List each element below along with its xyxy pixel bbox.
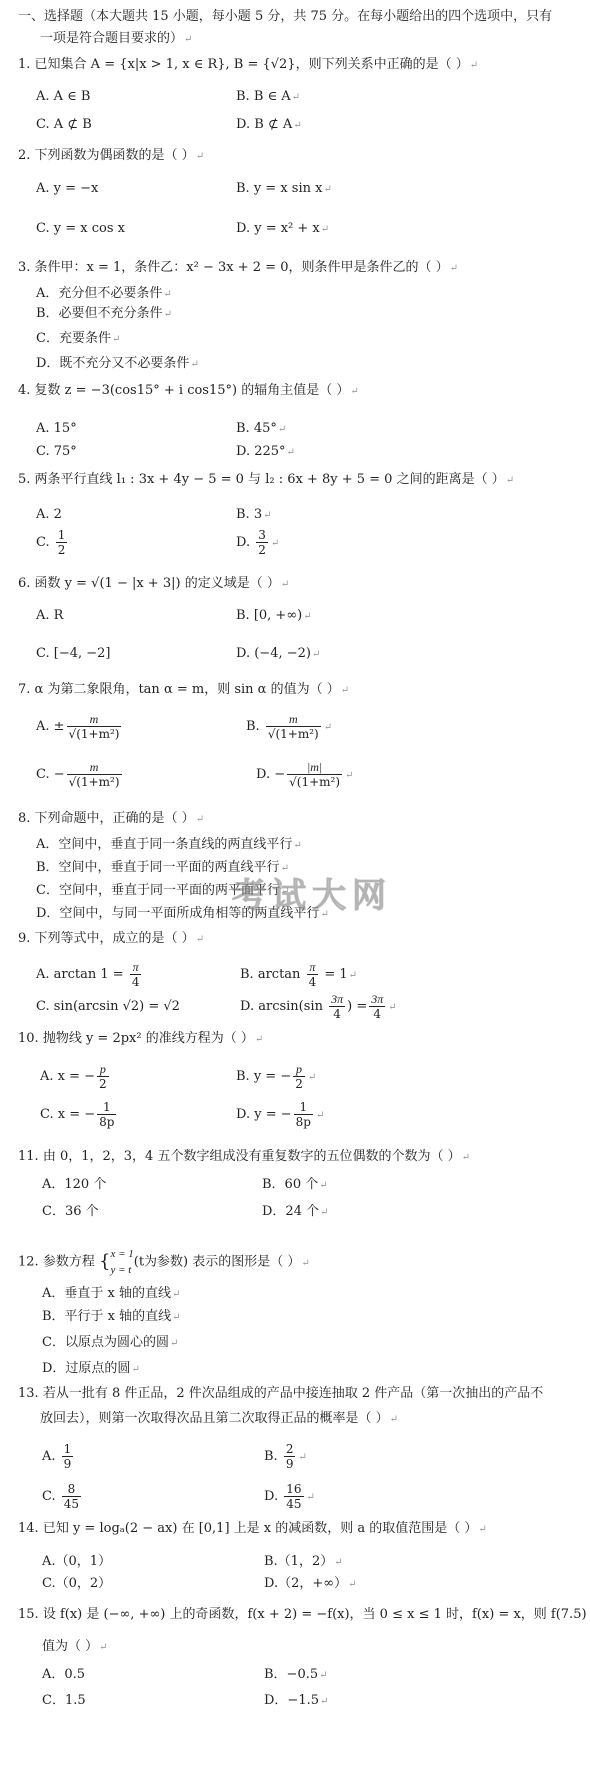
q1-option-a: A. A ∈ B: [36, 88, 90, 106]
question-12: 12. 参数方程 {x = 1y = t(t为参数) 表示的图形是（ ）↵: [18, 1246, 310, 1278]
q6-option-b: B. [0, +∞)↵: [236, 607, 312, 626]
q7-option-d: D. −|m|√(1+m²)↵: [256, 760, 353, 789]
q9-option-d: D. arcsin(sin 3π4) =3π4↵: [240, 992, 397, 1021]
question-9: 9. 下列等式中，成立的是（ ）↵: [18, 930, 204, 949]
question-13-cont: 放回去），则第一次取得次品且第二次取得正品的概率是（ ）↵: [40, 1410, 398, 1429]
q1-option-d: D. B ⊄ A↵: [236, 116, 302, 135]
question-4: 4. 复数 z = −3(cos15° + i cos15°) 的辐角主值是（ …: [18, 382, 359, 401]
q10-option-c: C. x = −18p: [40, 1100, 118, 1129]
section-title: 一、选择题（本大题共 15 小题，每小题 5 分，共 75 分。在每小题给出的四…: [18, 8, 552, 26]
question-1: 1. 已知集合 A = {x|x > 1, x ∈ R}, B = {√2}，则…: [18, 56, 478, 75]
q11-option-d: D．24 个↵: [262, 1203, 329, 1222]
question-15: 15. 设 f(x) 是 (−∞, +∞) 上的奇函数，f(x + 2) = −…: [18, 1606, 590, 1624]
q9-option-b: B. arctan π4 = 1↵: [240, 960, 357, 989]
question-13: 13. 若从一批有 8 件正品，2 件次品组成的产品中接连抽取 2 件产品（第一…: [18, 1385, 543, 1403]
fraction: π4: [130, 960, 142, 989]
fraction: p2: [293, 1062, 305, 1091]
equation-system: x = 1y = t: [110, 1246, 133, 1278]
question-6: 6. 函数 y = √(1 − |x + 3|) 的定义域是（ ）↵: [18, 575, 289, 594]
q13-option-a: A. 19: [42, 1442, 75, 1471]
question-5: 5. 两条平行直线 l₁ : 3x + 4y − 5 = 0 与 l₂ : 6x…: [18, 471, 514, 490]
fraction: |m|√(1+m²): [287, 760, 342, 789]
q3-option-b: B．必要但不充分条件↵: [36, 305, 172, 324]
q7-option-b: B. m√(1+m²)↵: [246, 712, 332, 741]
section-title-cont: 一项是符合题目要求的）↵: [40, 30, 192, 49]
q4-option-d: D. 225°↵: [236, 443, 295, 462]
fraction: m√(1+m²): [266, 712, 321, 741]
q14-option-c: C.（0，2）: [42, 1575, 111, 1593]
q11-option-c: C．36 个: [42, 1203, 99, 1221]
q14-option-d: D.（2，+∞）↵: [264, 1575, 356, 1594]
q5-option-b: B. 3↵: [236, 506, 271, 525]
fraction: 32: [256, 528, 268, 557]
q11-option-a: A．120 个: [42, 1176, 106, 1194]
question-14: 14. 已知 y = logₐ(2 − ax) 在 [0,1] 上是 x 的减函…: [18, 1520, 487, 1539]
q15-option-d: D．−1.5↵: [264, 1692, 328, 1711]
q10-option-a: A. x = −p2: [40, 1062, 111, 1091]
q6-option-a: A. R: [36, 607, 63, 625]
q11-option-b: B．60 个↵: [262, 1176, 328, 1195]
question-10: 10. 抛物线 y = 2px² 的准线方程为（ ）↵: [18, 1030, 263, 1049]
brace-icon: {: [99, 1253, 110, 1271]
q4-option-b: B. 45°↵: [236, 420, 286, 439]
question-2: 2. 下列函数为偶函数的是（ ）↵: [18, 147, 204, 166]
q3-option-d: D．既不充分又不必要条件↵: [36, 355, 199, 374]
q3-option-c: C．充要条件↵: [36, 330, 120, 349]
q2-option-a: A. y = −x: [36, 180, 98, 198]
q5-option-c: C. 12: [36, 528, 69, 557]
q7-option-a: A. ±m√(1+m²): [36, 712, 123, 741]
q1-option-b: B. B ∈ A↵: [236, 88, 300, 107]
q13-option-b: B. 29↵: [264, 1442, 307, 1471]
q15-option-a: A．0.5: [42, 1666, 85, 1684]
fraction: 12: [56, 528, 68, 557]
q2-option-b: B. y = x sin x↵: [236, 180, 332, 199]
fraction: 18p: [97, 1100, 116, 1129]
q15-option-c: C．1.5: [42, 1692, 86, 1710]
q13-option-c: C. 845: [42, 1482, 83, 1511]
q2-option-c: C. y = x cos x: [36, 220, 125, 238]
fraction: m√(1+m²): [67, 760, 122, 789]
fraction: 18p: [294, 1100, 313, 1129]
q12-option-c: C．以原点为圆心的圆↵: [42, 1334, 178, 1353]
q14-option-b: B.（1，2）↵: [264, 1553, 343, 1572]
q4-option-c: C. 75°: [36, 443, 77, 461]
q12-option-a: A．垂直于 x 轴的直线↵: [42, 1285, 180, 1304]
watermark: 考试大网: [232, 868, 392, 917]
q2-option-d: D. y = x² + x↵: [236, 220, 329, 239]
fraction: 19: [62, 1442, 74, 1471]
q4-option-a: A. 15°: [36, 420, 77, 438]
q9-option-a: A. arctan 1 = π4: [36, 960, 143, 989]
fraction: m√(1+m²): [67, 712, 122, 741]
fraction: π4: [307, 960, 319, 989]
q10-option-d: D. y = −18p↵: [236, 1100, 324, 1129]
q8-option-a: A．空间中，垂直于同一条直线的两直线平行↵: [36, 836, 302, 855]
fraction: 29: [284, 1442, 296, 1471]
q3-option-a: A．充分但不必要条件↵: [36, 285, 172, 304]
question-7: 7. α 为第二象限角，tan α = m，则 sin α 的值为（ ）↵: [18, 681, 349, 700]
q7-option-c: C. −m√(1+m²): [36, 760, 124, 789]
q9-option-c: C. sin(arcsin √2) = √2: [36, 998, 180, 1016]
question-8: 8. 下列命题中，正确的是（ ）↵: [18, 810, 204, 829]
q6-option-c: C. [−4, −2]: [36, 645, 110, 663]
q12-option-b: B．平行于 x 轴的直线↵: [42, 1308, 181, 1327]
fraction: p2: [97, 1062, 109, 1091]
q5-option-d: D. 32↵: [236, 528, 279, 557]
q6-option-d: D. (−4, −2)↵: [236, 645, 320, 664]
q14-option-a: A.（0，1）: [42, 1553, 111, 1571]
question-3: 3. 条件甲：x = 1，条件乙：x² − 3x + 2 = 0，则条件甲是条件…: [18, 259, 458, 278]
q12-option-d: D．过原点的圆↵: [42, 1360, 140, 1379]
question-11: 11. 由 0，1，2，3，4 五个数字组成没有重复数字的五位偶数的个数为（ ）…: [18, 1148, 470, 1167]
question-15-cont: 值为（ ）↵: [42, 1638, 108, 1657]
fraction: 1645: [284, 1482, 303, 1511]
fraction: 3π4: [369, 992, 385, 1021]
q15-option-b: B．−0.5↵: [264, 1666, 328, 1685]
q1-option-c: C. A ⊄ B: [36, 116, 92, 134]
q13-option-d: D. 1645↵: [264, 1482, 315, 1511]
q5-option-a: A. 2: [36, 506, 62, 524]
q10-option-b: B. y = −p2↵: [236, 1062, 316, 1091]
fraction: 845: [62, 1482, 81, 1511]
fraction: 3π4: [329, 992, 345, 1021]
